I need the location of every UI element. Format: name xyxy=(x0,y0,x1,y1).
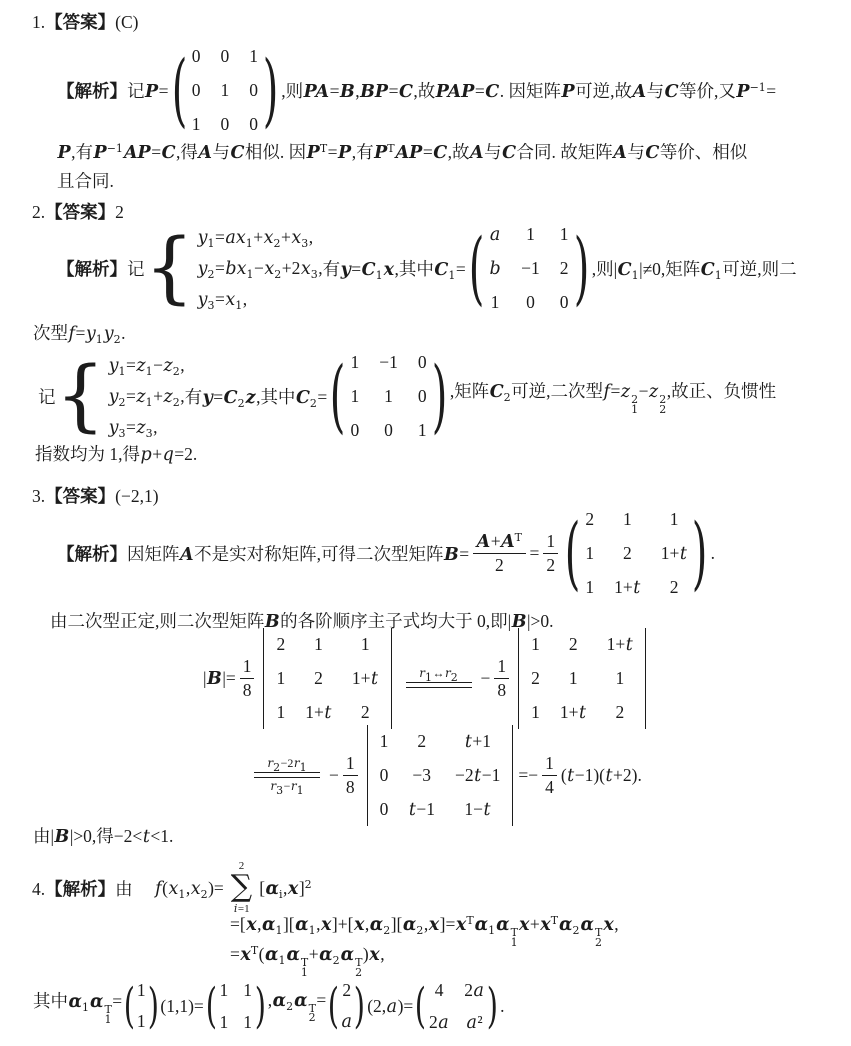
matrix-cell: 2a xyxy=(464,980,484,1001)
vector-cell: 1 xyxy=(137,1011,146,1032)
item4-pre: 4.【解析】由 xyxy=(32,876,133,901)
right-paren: ) xyxy=(431,356,447,436)
item2-analysis-pre: 【解析】记 xyxy=(57,256,145,281)
item1-answer-line: 1.【答案】 (C) xyxy=(32,9,138,34)
matrix-b: ( 211 121+t 11+t2 ) xyxy=(564,509,709,598)
system2-row1: y1=z1−z2, xyxy=(108,355,184,376)
det-cell: 2 xyxy=(361,702,370,723)
left-paren: ( xyxy=(206,982,217,1030)
fraction-one-quarter: 1 4 xyxy=(542,753,557,796)
det-cell: 2 xyxy=(417,731,426,752)
equation-system-2: y1=z1−z2, y2=z1+z2, y3=z3, xyxy=(108,355,184,438)
left-paren: ( xyxy=(565,513,581,593)
solution-document: 1.【答案】 (C) 【解析】记 P= ( 001 010 100 ) ,则 P… xyxy=(0,0,851,1046)
matrix-cell: 1 xyxy=(249,46,258,67)
matrix-cell: 0 xyxy=(249,80,258,101)
period: . xyxy=(500,996,504,1017)
det-cell: 1−t xyxy=(464,799,491,820)
matrix-c1: ( a11 b−12 100 ) xyxy=(468,224,590,313)
fraction-one-eighth: 1 8 xyxy=(240,656,255,699)
matrix-cell: 1 xyxy=(670,509,679,530)
det-cell: 1+t xyxy=(560,702,587,723)
sigma-symbol: ∑ xyxy=(231,872,252,902)
fraction-one-eighth: 1 8 xyxy=(343,753,358,796)
matrix-alpha1-result: ( 11 11 ) xyxy=(206,980,266,1033)
determinant-2: 121+t 211 11+t2 xyxy=(518,628,646,729)
matrix-cells: 42a 2aa² xyxy=(426,980,487,1033)
matrix-c2: ( 1−10 110 001 ) xyxy=(329,352,448,441)
item4-fx: f(x1,x2)= xyxy=(155,878,224,899)
sum-body: [αi,x]2 xyxy=(259,878,311,899)
minus-sign: − xyxy=(481,668,491,689)
matrix-cell: b xyxy=(489,258,501,279)
right-paren: ) xyxy=(354,982,365,1030)
row-swap-equality: r1↔r2 xyxy=(406,667,472,690)
det-cell: 1 xyxy=(531,702,540,723)
minus-sign: − xyxy=(329,765,339,786)
matrix-cell: −1 xyxy=(379,352,398,373)
fraction-numerator: 1 xyxy=(240,656,255,678)
det-cell: 1+t xyxy=(352,668,379,689)
fraction-numerator: A+AT xyxy=(473,531,525,554)
fraction-one-half: 1 2 xyxy=(543,531,558,574)
det-cell: 1 xyxy=(314,634,323,655)
matrix-cell: 0 xyxy=(192,46,201,67)
det-cell: 1+t xyxy=(305,702,332,723)
det-b-equals: |B|= xyxy=(203,668,236,689)
item2-analysis-line: 【解析】记 { y1=ax1+x2+x3, y2=bx1−x2+2x3, y3=… xyxy=(57,216,797,320)
matrix-cell: 0 xyxy=(560,292,569,313)
matrix-p-cells: 001 010 100 xyxy=(188,46,262,135)
matrix-cell: 1 xyxy=(192,114,201,135)
item3-analysis-line: 【解析】因矩阵 A 不是实对称矩阵,可得二次型矩阵 B= A+AT 2 = 1 … xyxy=(57,502,715,604)
det-cell: −2t−1 xyxy=(455,765,500,786)
equals-sign: = xyxy=(530,543,540,564)
system-brace: { xyxy=(145,229,195,307)
item3-analysis-pre: 【解析】因矩阵 A 不是实对称矩阵,可得二次型矩阵 B= xyxy=(57,541,469,566)
left-paren: ( xyxy=(330,356,346,436)
matrix-cell: 1 xyxy=(560,224,569,245)
item3-determinant-line2: r2−2r1 r3−r1 − 1 8 12t+1 0−3−2t−1 0t−11−… xyxy=(245,727,642,823)
matrix-cell: 1 xyxy=(623,509,632,530)
equals-minus: =− xyxy=(518,765,538,786)
vector-cell: a xyxy=(341,1011,352,1032)
matrix-p: ( 001 010 100 ) xyxy=(171,46,280,135)
matrix-c1-cells: a11 b−12 100 xyxy=(485,224,573,313)
fraction-denominator: 8 xyxy=(497,679,506,700)
factored-result: (t−1)(t+2). xyxy=(561,765,642,786)
row-reduce-equality: r2−2r1 r3−r1 xyxy=(254,757,320,793)
matrix-cell: 0 xyxy=(192,80,201,101)
matrix-b-cells: 211 121+t 11+t2 xyxy=(581,509,691,598)
matrix-cell: 0 xyxy=(221,46,230,67)
matrix-cells: 11 11 xyxy=(217,980,256,1033)
det-cell: 1 xyxy=(569,668,578,689)
right-paren: ) xyxy=(692,513,708,593)
matrix-cell: 1 xyxy=(220,980,229,1001)
item1-analysis-pre: 【解析】记 P= xyxy=(57,78,169,103)
det-cell: 2 xyxy=(276,634,285,655)
matrix-cell: 1 xyxy=(384,386,393,407)
vector-cells: 1 1 xyxy=(135,980,148,1032)
det-cell: 1 xyxy=(616,668,625,689)
item1-analysis-post: ,则 PA=B,BP=C,故 PAP=C. 因矩阵 P 可逆,故 A 与 C 等… xyxy=(281,78,776,103)
row-vector-2: (2,a)= xyxy=(367,996,413,1017)
item2-analysis-line2: 记 { y1=z1−z2, y2=z1+z2, y3=z3, 有 y=C2z,其… xyxy=(38,344,776,448)
matrix-cell: 0 xyxy=(418,386,427,407)
item2-mid2: 有 y=C2z,其中 C2= xyxy=(185,384,328,409)
double-equals-line xyxy=(254,772,320,778)
det-cell: 1 xyxy=(380,731,389,752)
matrix-cell: 1 xyxy=(350,352,359,373)
system1-row3: y3=x1, xyxy=(197,289,247,310)
matrix-cell: 0 xyxy=(526,292,535,313)
vector-alpha1: ( 1 1 ) xyxy=(124,980,158,1032)
det-cell: 0 xyxy=(380,799,389,820)
left-paren: ( xyxy=(171,50,187,130)
right-paren: ) xyxy=(573,228,589,308)
item2-post2: ,矩阵 C2 可逆,二次型 f=z21−z22,故正、负惯性 xyxy=(450,378,776,414)
item2-analysis-post: ,则|C1|≠0,矩阵 C1 可逆,则二 xyxy=(592,256,797,281)
item2-line4: 指数均为 1,得 p+q=2. xyxy=(35,441,197,466)
fraction-denominator: 2 xyxy=(495,554,504,575)
item3-determinant-line1: |B|= 1 8 211 121+t 11+t2 r1↔r2 − 1 8 121… xyxy=(203,630,651,726)
fraction-one-eighth: 1 8 xyxy=(494,656,509,699)
determinant-1: 211 121+t 11+t2 xyxy=(263,628,391,729)
matrix-cell: 1 xyxy=(585,577,594,598)
fraction-denominator: 8 xyxy=(243,679,252,700)
right-paren: ) xyxy=(263,50,279,130)
matrix-cell: 2 xyxy=(623,543,632,564)
det-cell: 2 xyxy=(531,668,540,689)
matrix-cell: 1 xyxy=(585,543,594,564)
row-operation-label-top: r2−2r1 xyxy=(267,757,307,770)
system1-row1: y1=ax1+x2+x3, xyxy=(197,227,313,248)
equation-system-1: y1=ax1+x2+x3, y2=bx1−x2+2x3, y3=x1, xyxy=(197,227,322,310)
right-paren: ) xyxy=(487,982,498,1030)
matrix-cell: 4 xyxy=(435,980,444,1001)
fraction-denominator: 4 xyxy=(545,776,554,797)
det-cell: 1 xyxy=(276,702,285,723)
right-paren: ) xyxy=(147,982,158,1030)
det-cell: −3 xyxy=(412,765,431,786)
row-operation-label-bottom: r3−r1 xyxy=(270,780,304,793)
left-paren: ( xyxy=(328,982,339,1030)
matrix-cell: 1 xyxy=(221,80,230,101)
system1-row2: y2=bx1−x2+2x3, xyxy=(197,258,322,279)
matrix-cell: 0 xyxy=(418,352,427,373)
fraction-numerator: 1 xyxy=(494,656,509,678)
matrix-cell: 1 xyxy=(243,980,252,1001)
det-cell: 0 xyxy=(380,765,389,786)
vector-cells: 2 a xyxy=(339,980,354,1032)
item4-mid4b: ,α2αT2= xyxy=(268,990,327,1023)
matrix-cell: 2 xyxy=(560,258,569,279)
vector-cell: 2 xyxy=(342,980,351,1001)
item4-analysis-line: 4.【解析】由 f(x1,x2)= 2 ∑ i=1 [αi,x]2 xyxy=(32,858,312,918)
det-cell: 2 xyxy=(616,702,625,723)
matrix-cell: 1+t xyxy=(661,543,688,564)
system-brace: { xyxy=(56,357,106,435)
matrix-cell: a² xyxy=(466,1012,483,1033)
matrix-cell: 2 xyxy=(585,509,594,530)
period: . xyxy=(711,543,715,564)
row-operation-label: r1↔r2 xyxy=(419,667,459,680)
matrix-alpha2-result: ( 42a 2aa² ) xyxy=(415,980,498,1033)
det-cell: t−1 xyxy=(408,799,435,820)
fraction-numerator: 1 xyxy=(543,531,558,553)
fraction-numerator: 1 xyxy=(542,753,557,775)
system2-row3: y3=z3, xyxy=(108,417,157,438)
right-paren: ) xyxy=(255,982,266,1030)
det-cell: 1 xyxy=(531,634,540,655)
left-paren: ( xyxy=(469,228,485,308)
matrix-cell: 2a xyxy=(429,1012,449,1033)
item4-pre4: 其中 α1αT1= xyxy=(33,988,122,1024)
fraction-a-plus-at-over-2: A+AT 2 xyxy=(473,531,525,575)
det-cell: 1 xyxy=(361,634,370,655)
det-cell: 2 xyxy=(569,634,578,655)
matrix-cell: 1 xyxy=(491,292,500,313)
det-cell: 1+t xyxy=(607,634,634,655)
item4-line4: 其中 α1αT1= ( 1 1 ) (1,1)= ( 11 11 ) ,α2αT… xyxy=(33,973,505,1039)
item2-analysis-mid: 有 y=C1x,其中 C1= xyxy=(323,256,466,281)
matrix-cell: 1 xyxy=(243,1012,252,1033)
matrix-cell: 1 xyxy=(526,224,535,245)
fraction-denominator: 2 xyxy=(546,554,555,575)
item2-pre2: 记 xyxy=(38,384,56,409)
item1-line2: P,有 P−1AP=C,得 A 与 C 相似. 因 PT=P,有 PTAP=C,… xyxy=(57,139,747,164)
matrix-cell: −1 xyxy=(521,258,540,279)
matrix-cell: a xyxy=(489,224,500,245)
matrix-cell: 0 xyxy=(350,420,359,441)
item4-line2: =[x,α1][α1,x]+[x,α2][α2,x]=xTα1αT1x+xTα2… xyxy=(230,914,619,947)
matrix-cell: 1+t xyxy=(614,577,641,598)
row-vector-1: (1,1)= xyxy=(160,996,203,1017)
matrix-cell: 0 xyxy=(221,114,230,135)
vector-alpha2: ( 2 a ) xyxy=(328,980,365,1032)
vector-cell: 1 xyxy=(137,980,146,1001)
left-paren: ( xyxy=(124,982,135,1030)
det-cell: 1 xyxy=(276,668,285,689)
matrix-cell: 2 xyxy=(670,577,679,598)
double-equals-line xyxy=(406,682,472,688)
matrix-cell: 0 xyxy=(384,420,393,441)
item1-line3: 且合同. xyxy=(57,168,114,193)
det-cell: t+1 xyxy=(464,731,491,752)
system2-row2: y2=z1+z2, xyxy=(108,386,184,407)
matrix-cell: 1 xyxy=(350,386,359,407)
item1-analysis-line: 【解析】记 P= ( 001 010 100 ) ,则 PA=B,BP=C,故 … xyxy=(57,40,776,140)
item3-line5: 由|B|>0,得−2<t<1. xyxy=(33,823,173,848)
matrix-c2-cells: 1−10 110 001 xyxy=(346,352,430,441)
item2-line2: 次型 f=y1y2. xyxy=(33,320,126,345)
summation: 2 ∑ i=1 xyxy=(231,860,252,916)
determinant-3: 12t+1 0−3−2t−1 0t−11−t xyxy=(367,725,514,826)
fraction-denominator: 8 xyxy=(346,776,355,797)
matrix-cell: 1 xyxy=(220,1012,229,1033)
det-cell: 2 xyxy=(314,668,323,689)
left-paren: ( xyxy=(415,982,426,1030)
matrix-cell: 1 xyxy=(418,420,427,441)
matrix-cell: 0 xyxy=(249,114,258,135)
fraction-numerator: 1 xyxy=(343,753,358,775)
